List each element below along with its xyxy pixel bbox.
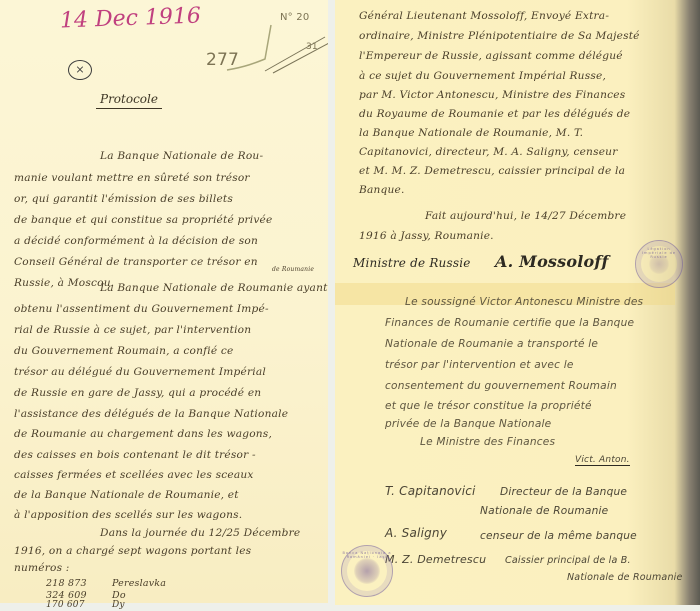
text-line: La Banque Nationale de Roumanie ayant: [100, 282, 328, 294]
statement-line: trésor par l'intervention et avec le: [385, 359, 574, 371]
text-line: de banque et qui constitue sa propriété …: [14, 214, 272, 226]
text-line: trésor au délégué du Gouvernement Impéri…: [14, 366, 266, 378]
russian-minister-signature: A. Mossoloff: [495, 252, 609, 271]
statement-line: privée de la Banque Nationale: [385, 418, 551, 430]
text-line: et M. M. Z. Demetrescu, caissier princip…: [359, 165, 625, 177]
text-line: du Gouvernement Roumain, a confié ce: [14, 345, 233, 357]
red-pencil-date: 14 Dec 1916: [60, 4, 202, 34]
text-line: de la Banque Nationale de Roumanie, et: [14, 489, 239, 501]
text-line: l'assistance des délégués de la Banque N…: [14, 408, 288, 420]
signatory-role: Nationale de Roumanie: [480, 505, 608, 517]
text-line: a décidé conformément à la décision de s…: [14, 235, 258, 247]
finance-minister-signature: Vict. Anton.: [575, 455, 630, 466]
left-page: 14 Dec 1916 × 277 N° 20 31 Protocole La …: [0, 0, 328, 603]
text-line: La Banque Nationale de Rou-: [100, 150, 263, 162]
statement-line: Le Ministre des Finances: [420, 436, 555, 448]
text-line: rial de Russie à ce sujet, par l'interve…: [14, 324, 251, 336]
wagon-label: Pereslavka: [112, 578, 166, 589]
text-line: par M. Victor Antonescu, Ministre des Fi…: [359, 89, 625, 101]
statement-line: Finances de Roumanie certifie que la Ban…: [385, 317, 634, 329]
statement-line: et que le trésor constitue la propriété: [385, 400, 592, 412]
signatory-role: censeur de la même banque: [480, 530, 637, 542]
text-line: 1916, on a chargé sept wagons portant le…: [14, 545, 251, 557]
pencil-ref-bottom: 31: [306, 42, 318, 52]
wagon-number: 170 607: [46, 600, 85, 610]
signatory-name: T. Capitanovici: [385, 484, 476, 498]
statement-line: consentement du gouvernement Roumain: [385, 380, 617, 392]
text-line: de Russie en gare de Jassy, qui a procéd…: [14, 387, 261, 399]
legation-seal-icon: Légation Impériale de Russie: [635, 240, 683, 288]
statement-line: Nationale de Roumanie a transporté le: [385, 338, 598, 350]
signatory-name: A. Saligny: [385, 526, 447, 540]
statement-line: Le soussigné Victor Antonescu Ministre d…: [405, 296, 643, 308]
signatory-role: Caissier principal de la B.: [505, 555, 631, 566]
text-line: du Royaume de Roumanie et par les délégu…: [359, 108, 630, 120]
text-line: la Banque Nationale de Roumanie, M. T.: [359, 127, 583, 139]
text-line: l'Empereur de Russie, agissant comme dél…: [359, 50, 623, 62]
circled-x-mark: ×: [68, 60, 92, 80]
signatory-name: M. Z. Demetrescu: [385, 553, 486, 566]
wagon-number: 218 873: [46, 578, 87, 589]
text-line: caisses fermées et scellées avec les sce…: [14, 469, 254, 481]
text-line: de Roumanie au chargement dans les wagon…: [14, 428, 272, 440]
text-line: Général Lieutenant Mossoloff, Envoyé Ext…: [359, 10, 609, 22]
signatory-role: Nationale de Roumanie: [567, 572, 683, 583]
signatory-role: Directeur de la Banque: [500, 486, 627, 498]
text-line: obtenu l'assentiment du Gouvernement Imp…: [14, 303, 269, 315]
text-line: des caisses en bois contenant le dit tré…: [14, 449, 256, 461]
text-line: Dans la journée du 12/25 Décembre: [100, 527, 300, 539]
text-line: Capitanovici, directeur, M. A. Saligny, …: [359, 146, 617, 158]
text-line: Fait aujourd'hui, le 14/27 Décembre: [425, 210, 626, 222]
interlinear-insert: de Roumanie: [272, 266, 314, 273]
pencil-ref-top: N° 20: [280, 12, 309, 23]
text-line: à ce sujet du Gouvernement Impérial Russ…: [359, 70, 606, 82]
russian-minister-label: Ministre de Russie: [353, 256, 471, 270]
text-line: manie voulant mettre en sûreté son tréso…: [14, 172, 250, 184]
text-line: ordinaire, Ministre Plénipotentiaire de …: [359, 30, 640, 42]
text-line: Conseil Général de transporter ce trésor…: [14, 256, 258, 268]
text-line: numéros :: [14, 562, 70, 574]
text-line: Banque.: [359, 184, 405, 196]
text-line: à l'apposition des scellés sur les wagon…: [14, 509, 242, 521]
bank-seal-icon: Banca Naţionala a României · Iaşi: [341, 545, 393, 597]
page-title: Protocole: [96, 92, 162, 109]
right-page: Général Lieutenant Mossoloff, Envoyé Ext…: [335, 0, 700, 605]
text-line: 1916 à Jassy, Roumanie.: [359, 230, 494, 242]
wagon-label: Dy: [112, 600, 125, 610]
text-line: or, qui garantit l'émission de ses bille…: [14, 193, 233, 205]
